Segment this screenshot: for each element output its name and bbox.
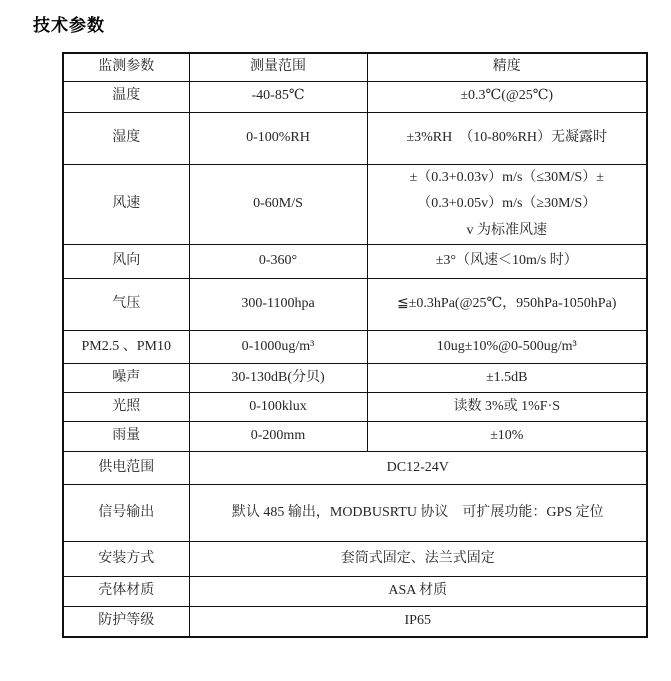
cell-accuracy: ±10% — [367, 422, 647, 452]
table-row-illuminance: 光照 0-100klux 读数 3%或 1%F·S — [63, 393, 647, 422]
cell-param: 风向 — [63, 245, 189, 279]
cell-param: 壳体材质 — [63, 577, 189, 607]
cell-param: 湿度 — [63, 112, 189, 164]
accuracy-line-2: （0.3+0.05v）m/s（≥30M/S） — [372, 191, 643, 218]
accuracy-line-3: v 为标准风速 — [372, 218, 643, 245]
table-row-signal-output: 信号输出 默认 485 输出，MODBUSRTU 协议 可扩展功能：GPS 定位 — [63, 485, 647, 542]
cell-range: -40-85℃ — [189, 81, 367, 112]
cell-range: 0-60M/S — [189, 164, 367, 245]
cell-value: IP65 — [189, 607, 647, 637]
table-row-pm: PM2.5 、PM10 0-1000ug/m³ 10ug±10%@0-500ug… — [63, 331, 647, 364]
table-row-temperature: 温度 -40-85℃ ±0.3℃(@25℃) — [63, 81, 647, 112]
table-row-rainfall: 雨量 0-200mm ±10% — [63, 422, 647, 452]
cell-param: 噪声 — [63, 364, 189, 393]
cell-range: 30-130dB(分贝) — [189, 364, 367, 393]
cell-accuracy: 10ug±10%@0-500ug/m³ — [367, 331, 647, 364]
table-row-pressure: 气压 300-1100hpa ≦±0.3hPa(@25℃，950hPa-1050… — [63, 279, 647, 331]
cell-accuracy: ±3°（风速＜10m/s 时） — [367, 245, 647, 279]
table-row-wind-speed: 风速 0-60M/S ±（0.3+0.03v）m/s（≤30M/S）± （0.3… — [63, 164, 647, 245]
cell-value: ASA 材质 — [189, 577, 647, 607]
cell-accuracy: ±（0.3+0.03v）m/s（≤30M/S）± （0.3+0.05v）m/s（… — [367, 164, 647, 245]
cell-param: 光照 — [63, 393, 189, 422]
table-row-wind-direction: 风向 0-360° ±3°（风速＜10m/s 时） — [63, 245, 647, 279]
col-header-param: 监测参数 — [63, 53, 189, 81]
col-header-range: 测量范围 — [189, 53, 367, 81]
table-row-power-supply: 供电范围 DC12-24V — [63, 452, 647, 485]
cell-param: 气压 — [63, 279, 189, 331]
cell-value: DC12-24V — [189, 452, 647, 485]
cell-param: 供电范围 — [63, 452, 189, 485]
accuracy-line-1: ±（0.3+0.03v）m/s（≤30M/S）± — [372, 165, 643, 192]
cell-param: 防护等级 — [63, 607, 189, 637]
cell-param: 信号输出 — [63, 485, 189, 542]
cell-value: 默认 485 输出，MODBUSRTU 协议 可扩展功能：GPS 定位 — [189, 485, 647, 542]
cell-value: 套筒式固定、法兰式固定 — [189, 542, 647, 577]
cell-accuracy: ±0.3℃(@25℃) — [367, 81, 647, 112]
cell-range: 0-200mm — [189, 422, 367, 452]
table-row-noise: 噪声 30-130dB(分贝) ±1.5dB — [63, 364, 647, 393]
table-row-housing-material: 壳体材质 ASA 材质 — [63, 577, 647, 607]
cell-accuracy: ≦±0.3hPa(@25℃，950hPa-1050hPa) — [367, 279, 647, 331]
col-header-accuracy: 精度 — [367, 53, 647, 81]
cell-param: 雨量 — [63, 422, 189, 452]
spec-table: 监测参数 测量范围 精度 温度 -40-85℃ ±0.3℃(@25℃) 湿度 0… — [62, 52, 648, 638]
cell-range: 0-1000ug/m³ — [189, 331, 367, 364]
cell-range: 0-100%RH — [189, 112, 367, 164]
cell-param: PM2.5 、PM10 — [63, 331, 189, 364]
cell-accuracy: ±1.5dB — [367, 364, 647, 393]
cell-accuracy: ±3%RH （10-80%RH）无凝露时 — [367, 112, 647, 164]
cell-param: 安装方式 — [63, 542, 189, 577]
cell-param: 温度 — [63, 81, 189, 112]
cell-param: 风速 — [63, 164, 189, 245]
table-row-protection-rating: 防护等级 IP65 — [63, 607, 647, 637]
cell-range: 0-360° — [189, 245, 367, 279]
table-header-row: 监测参数 测量范围 精度 — [63, 53, 647, 81]
cell-accuracy: 读数 3%或 1%F·S — [367, 393, 647, 422]
table-row-mounting: 安装方式 套筒式固定、法兰式固定 — [63, 542, 647, 577]
cell-range: 300-1100hpa — [189, 279, 367, 331]
table-row-humidity: 湿度 0-100%RH ±3%RH （10-80%RH）无凝露时 — [63, 112, 647, 164]
cell-range: 0-100klux — [189, 393, 367, 422]
page-title: 技术参数 — [33, 11, 671, 36]
